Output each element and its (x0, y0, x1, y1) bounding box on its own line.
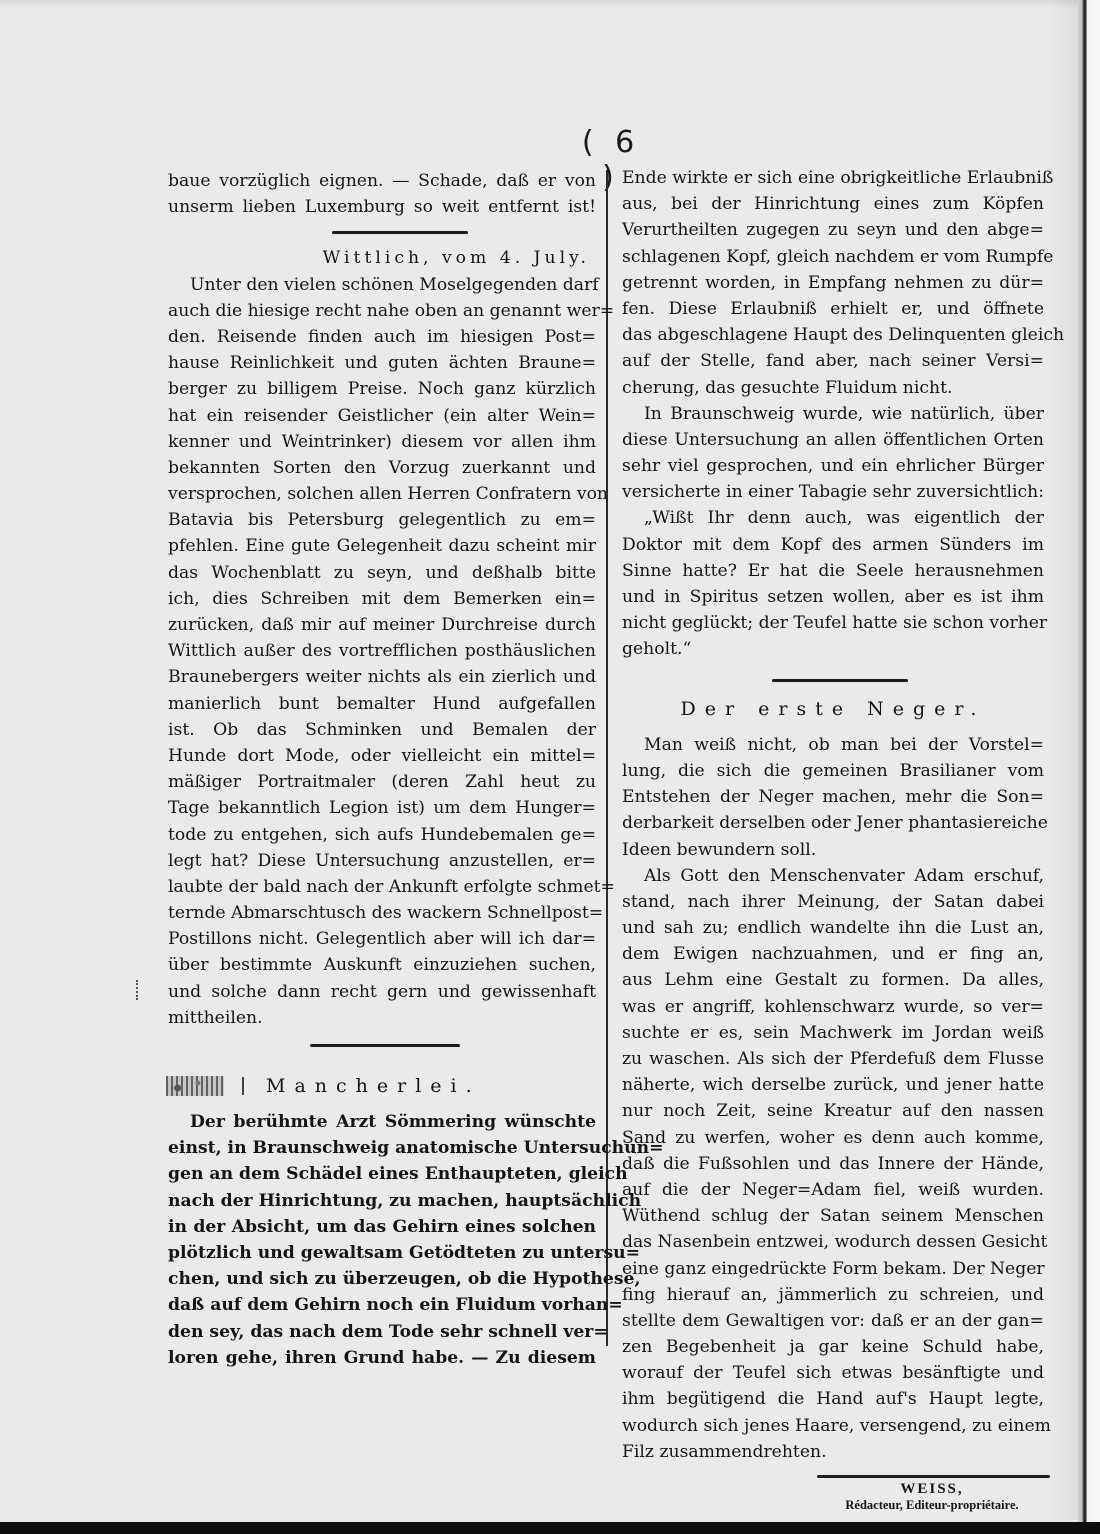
text-line: auch die hiesige recht nahe oben an gena… (168, 298, 596, 324)
text-line: zen Begebenheit ja gar keine Schuld habe… (622, 1334, 1044, 1360)
text-line: bekannten Sorten den Vorzug zuerkannt un… (168, 455, 596, 481)
text-line: das Wochenblatt zu seyn, und deßhalb bit… (168, 560, 596, 586)
text-line: Braunebergers weiter nichts als ein zier… (168, 664, 596, 690)
text-line: eine ganz eingedrückte Form bekam. Der N… (622, 1256, 1044, 1282)
text-line: mittheilen. (168, 1005, 596, 1031)
text-line: und solche dann recht gern und gewissenh… (168, 979, 596, 1005)
text-line: Wittlich außer des vortrefflichen posthä… (168, 638, 596, 664)
page-curl-shadow (1048, 0, 1078, 1520)
text-line: hat ein reisender Geistlicher (ein alter… (168, 403, 596, 429)
text-line: was er angriff, kohlenschwarz wurde, so … (622, 994, 1044, 1020)
text-line: zurücken, daß mir auf meiner Durchreise … (168, 612, 596, 638)
text-line: geholt.“ (622, 636, 1044, 662)
text-line: Als Gott den Menschenvater Adam erschuf, (622, 863, 1044, 889)
text-line: lung, die sich die gemeinen Brasilianer … (622, 758, 1044, 784)
continuation-text: Ende wirkte er sich eine obrigkeitliche … (622, 165, 1044, 401)
text-line: auf die der Neger=Adam fiel, weiß wurden… (622, 1177, 1044, 1203)
article-soemmering: Der berühmte Arzt Sömmering wünschteeins… (168, 1109, 596, 1371)
text-line: Unter den vielen schönen Moselgegenden d… (168, 272, 596, 298)
editor-name: WEISS, (802, 1480, 1062, 1498)
text-line: manierlich bunt bemalter Hund aufgefalle… (168, 691, 596, 717)
text-line: legt hat? Diese Untersuchung anzustellen… (168, 848, 596, 874)
quote-paragraph: „Wißt Ihr denn auch, was eigentlich derD… (622, 505, 1044, 662)
text-line: chen, und sich zu überzeugen, ob die Hyp… (168, 1266, 596, 1292)
text-line: Tage bekanntlich Legion ist) um dem Hung… (168, 795, 596, 821)
newspaper-page: ( 6 ) baue vorzüglich eignen. — Schade, … (0, 0, 1100, 1534)
text-line: nach der Hinrichtung, zu machen, hauptsä… (168, 1188, 596, 1214)
text-line: ternde Abmarschtusch des wackern Schnell… (168, 900, 596, 926)
text-line: cherung, das gesuchte Fluidum nicht. (622, 375, 1044, 401)
text-line: plötzlich und gewaltsam Getödteten zu un… (168, 1240, 596, 1266)
text-line: stand, nach ihrer Meinung, der Satan dab… (622, 889, 1044, 915)
text-line: Der berühmte Arzt Sömmering wünschte (168, 1109, 596, 1135)
text-line: baue vorzüglich eignen. — Schade, daß er… (168, 168, 596, 194)
text-line: loren gehe, ihren Grund habe. — Zu diese… (168, 1345, 596, 1371)
article-paragraph-1: Man weiß nicht, ob man bei der Vorstel=l… (622, 732, 1044, 863)
section-heading-mancherlei: Mancherlei. (168, 1069, 596, 1103)
text-line: berger zu billigem Preise. Noch ganz kür… (168, 376, 596, 402)
article-paragraph-2: Als Gott den Menschenvater Adam erschuf,… (622, 863, 1044, 1465)
text-line: auf der Stelle, fand aber, nach seiner V… (622, 348, 1044, 374)
article-heading: Der erste Neger. (622, 696, 1044, 722)
section-title: Mancherlei. (266, 1073, 481, 1099)
separator-rule (772, 679, 908, 682)
page-bottom-edge (0, 1522, 1100, 1534)
text-line: worauf der Teufel sich etwas besänftigte… (622, 1360, 1044, 1386)
text-line: daß auf dem Gehirn noch ein Fluidum vorh… (168, 1292, 596, 1318)
right-column: Ende wirkte er sich eine obrigkeitliche … (622, 165, 1044, 1513)
text-line: ihm begütigend die Hand auf's Haupt legt… (622, 1386, 1044, 1412)
text-line: „Wißt Ihr denn auch, was eigentlich der (622, 505, 1044, 531)
text-line: in der Absicht, um das Gehirn eines solc… (168, 1214, 596, 1240)
text-line: suchte er es, sein Machwerk im Jordan we… (622, 1020, 1044, 1046)
text-line: Postillons nicht. Gelegentlich aber will… (168, 926, 596, 952)
text-line: Verurtheilten zugegen zu seyn und den ab… (622, 217, 1044, 243)
text-line: Wüthend schlug der Satan seinem Menschen (622, 1203, 1044, 1229)
text-line: versprochen, solchen allen Herren Confra… (168, 481, 596, 507)
text-line: unserm lieben Luxemburg so weit entfernt… (168, 194, 596, 220)
text-line: gen an dem Schädel eines Enthaupteten, g… (168, 1161, 596, 1187)
text-line: fen. Diese Erlaubniß erhielt er, und öff… (622, 296, 1044, 322)
editor-title: Rédacteur, Editeur-propriétaire. (802, 1498, 1062, 1513)
text-line: den. Reisende finden auch im hiesigen Po… (168, 324, 596, 350)
text-line: pfehlen. Eine gute Gelegenheit dazu sche… (168, 533, 596, 559)
text-line: zu waschen. Als sich der Pferdefuß dem F… (622, 1046, 1044, 1072)
text-line: das abgeschlagene Haupt des Delinquenten… (622, 322, 1044, 348)
margin-mark (136, 980, 141, 1000)
continuation-text: baue vorzüglich eignen. — Schade, daß er… (168, 168, 596, 220)
text-line: näherte, wich derselbe zurück, und jener… (622, 1072, 1044, 1098)
text-line: derbarkeit derselben oder Jener phantasi… (622, 810, 1044, 836)
text-line: schlagenen Kopf, gleich nachdem er vom R… (622, 244, 1044, 270)
text-line: Doktor mit dem Kopf des armen Sünders im (622, 532, 1044, 558)
page-right-edge (1078, 0, 1100, 1534)
ornament-icon (166, 1076, 224, 1096)
text-line: dem Ewigen nachzuahmen, und er fing an, (622, 941, 1044, 967)
text-line: den sey, das nach dem Tode sehr schnell … (168, 1319, 596, 1345)
text-line: Ideen bewundern soll. (622, 837, 1044, 863)
text-line: Man weiß nicht, ob man bei der Vorstel= (622, 732, 1044, 758)
left-column: baue vorzüglich eignen. — Schade, daß er… (168, 168, 596, 1371)
text-line: Entstehen der Neger machen, mehr die Son… (622, 784, 1044, 810)
signature-rule (817, 1475, 1050, 1478)
text-line: hause Reinlichkeit und guten ächten Brau… (168, 350, 596, 376)
text-line: daß die Fußsohlen und das Innere der Hän… (622, 1151, 1044, 1177)
text-line: nicht geglückt; der Teufel hatte sie sch… (622, 610, 1044, 636)
text-line: nur noch Zeit, seine Kreatur auf den nas… (622, 1098, 1044, 1124)
ornament-bar (242, 1077, 244, 1095)
text-line: einst, in Braunschweig anatomische Unter… (168, 1135, 596, 1161)
text-line: Batavia bis Petersburg gelegentlich zu e… (168, 507, 596, 533)
text-line: Filz zusammendrehten. (622, 1439, 1044, 1465)
text-line: kenner und Weintrinker) diesem vor allen… (168, 429, 596, 455)
text-line: sehr viel gesprochen, und ein ehrlicher … (622, 453, 1044, 479)
text-line: stellte dem Gewaltigen vor: daß er an de… (622, 1308, 1044, 1334)
page-top-edge (0, 0, 1100, 8)
separator-rule (310, 1044, 460, 1047)
text-line: mäßiger Portraitmaler (deren Zahl heut z… (168, 769, 596, 795)
text-line: aus, bei der Hinrichtung eines zum Köpfe… (622, 191, 1044, 217)
text-line: diese Untersuchung an allen öffentlichen… (622, 427, 1044, 453)
text-line: laubte der bald nach der Ankunft erfolgt… (168, 874, 596, 900)
paragraph-braunschweig: In Braunschweig wurde, wie natürlich, üb… (622, 401, 1044, 506)
dateline: Wittlich, vom 4. July. (168, 245, 596, 271)
text-line: tode zu entgehen, sich aufs Hundebemalen… (168, 822, 596, 848)
text-line: In Braunschweig wurde, wie natürlich, üb… (622, 401, 1044, 427)
text-line: getrennt worden, in Empfang nehmen zu dü… (622, 270, 1044, 296)
text-line: ich, dies Schreiben mit dem Bemerken ein… (168, 586, 596, 612)
text-line: fing hierauf an, jämmerlich zu schreien,… (622, 1282, 1044, 1308)
text-line: über bestimmte Auskunft einzuziehen such… (168, 952, 596, 978)
separator-rule (332, 231, 468, 234)
text-line: versicherte in einer Tabagie sehr zuvers… (622, 479, 1044, 505)
signature-block: WEISS, Rédacteur, Editeur-propriétaire. (802, 1480, 1062, 1513)
text-line: Ende wirkte er sich eine obrigkeitliche … (622, 165, 1044, 191)
text-line: das Nasenbein entzwei, wodurch dessen Ge… (622, 1229, 1044, 1255)
text-line: Sand zu werfen, woher es denn auch komme… (622, 1125, 1044, 1151)
text-line: ist. Ob das Schminken und Bemalen der (168, 717, 596, 743)
article-wittlich: Unter den vielen schönen Moselgegenden d… (168, 272, 596, 1031)
text-line: Hunde dort Mode, oder vielleicht ein mit… (168, 743, 596, 769)
text-line: und in Spiritus setzen wollen, aber es i… (622, 584, 1044, 610)
text-line: Sinne hatte? Er hat die Seele herausnehm… (622, 558, 1044, 584)
text-line: und sah zu; endlich wandelte ihn die Lus… (622, 915, 1044, 941)
text-line: wodurch sich jenes Haare, versengend, zu… (622, 1413, 1044, 1439)
text-line: aus Lehm eine Gestalt zu formen. Da alle… (622, 967, 1044, 993)
